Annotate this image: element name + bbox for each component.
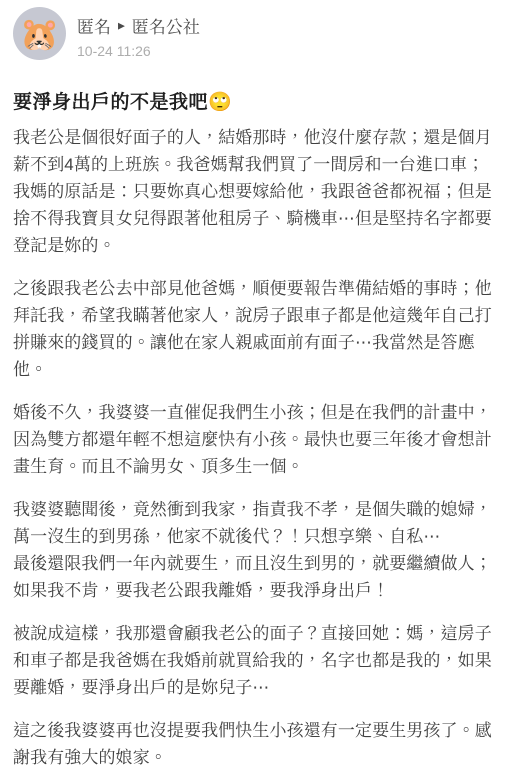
breadcrumb: 匿名 ▶ 匿名公社	[77, 13, 200, 38]
post-paragraph: 我老公是個很好面子的人，結婚那時，他沒什麼存款；還是個月薪不到4萬的上班族。我爸…	[13, 124, 496, 259]
author-name[interactable]: 匿名	[77, 13, 111, 38]
breadcrumb-arrow-icon: ▶	[118, 21, 125, 32]
post-paragraph: 這之後我婆婆再也沒提要我們快生小孩還有一定要生男孩了。感謝我有強大的娘家。	[13, 717, 496, 770]
hamster-avatar-icon: 🐹	[20, 18, 60, 50]
post: 🐹 匿名 ▶ 匿名公社 10-24 11:26 要淨身出戶的不是我吧🙄 我老公是…	[0, 0, 509, 770]
avatar[interactable]: 🐹	[13, 7, 66, 60]
post-paragraph: 被說成這樣，我那還會顧我老公的面子？直接回她：媽，這房子和車子都是我爸媽在我婚前…	[13, 620, 496, 701]
post-title: 要淨身出戶的不是我吧🙄	[13, 90, 496, 116]
post-meta: 匿名 ▶ 匿名公社 10-24 11:26	[77, 7, 200, 59]
board-name[interactable]: 匿名公社	[132, 13, 200, 38]
post-paragraph: 婚後不久，我婆婆一直催促我們生小孩；但是在我們的計畫中，因為雙方都還年輕不想這麼…	[13, 399, 496, 480]
post-paragraph: 之後跟我老公去中部見他爸媽，順便要報告準備結婚的事時；他拜託我，希望我瞞著他家人…	[13, 275, 496, 383]
timestamp: 10-24 11:26	[77, 43, 200, 59]
post-body: 我老公是個很好面子的人，結婚那時，他沒什麼存款；還是個月薪不到4萬的上班族。我爸…	[0, 124, 509, 770]
post-paragraph: 我婆婆聽聞後，竟然衝到我家，指責我不孝，是個失職的媳婦，萬一沒生的到男孫，他家不…	[13, 496, 496, 604]
post-header: 🐹 匿名 ▶ 匿名公社 10-24 11:26	[0, 0, 509, 60]
